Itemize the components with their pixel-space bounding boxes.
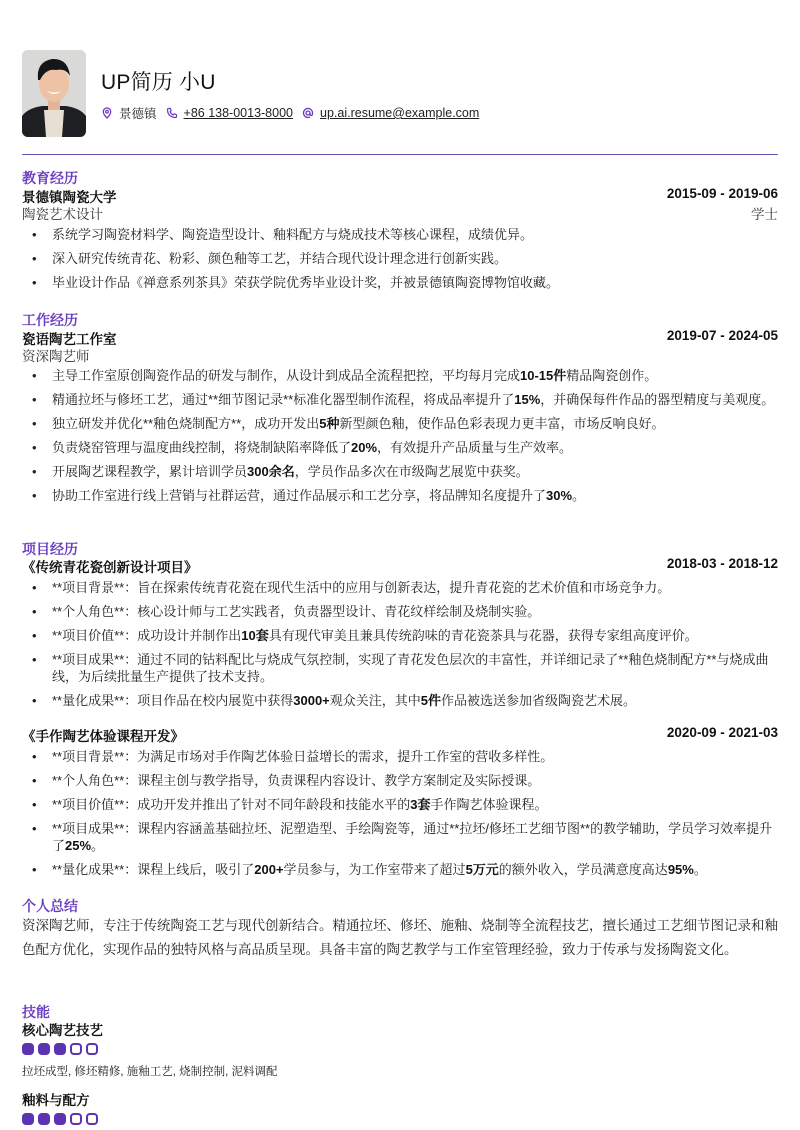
list-item: 毕业设计作品《禅意系列茶具》荣获学院优秀毕业设计奖，并被景德镇陶瓷博物馆收藏。	[22, 274, 778, 291]
location-pin-icon	[101, 107, 113, 119]
phone-icon	[166, 107, 178, 119]
list-item: 协助工作室进行线上营销与社群运营，通过作品展示和工艺分享，将品牌知名度提升了30…	[22, 487, 778, 504]
rating-dot-empty-icon	[70, 1113, 82, 1125]
list-item: **个人角色**：课程主创与教学指导，负责课程内容设计、教学方案制定及实际授课。	[22, 772, 778, 789]
project-name: 《传统青花瓷创新设计项目》	[22, 560, 198, 575]
list-item: **项目价值**：成功开发并推出了针对不同年龄段和技能水平的3套手作陶艺体验课程…	[22, 796, 778, 813]
major: 陶瓷艺术设计	[22, 207, 103, 222]
project-dates: 2020-09 - 2021-03	[667, 725, 778, 740]
rating-dot-filled-icon	[54, 1043, 66, 1055]
avatar-photo-icon	[22, 50, 86, 137]
rating-dot-filled-icon	[22, 1113, 34, 1125]
avatar	[22, 50, 86, 137]
rating-dot-empty-icon	[86, 1113, 98, 1125]
location-text: 景德镇	[119, 104, 157, 122]
list-item: 精通拉坯与修坯工艺，通过**细节图记录**标准化器型制作流程，将成品率提升了15…	[22, 391, 778, 408]
skill-level-rating	[22, 1043, 102, 1055]
at-sign-icon	[302, 107, 314, 119]
work-entry-sub: 资深陶艺师	[22, 345, 778, 365]
list-item: 主导工作室原创陶瓷作品的研发与制作，从设计到成品全流程把控，平均每月完成10-1…	[22, 367, 778, 384]
header-divider	[22, 154, 778, 155]
list-item: **项目成果**：通过不同的钴料配比与烧成气氛控制，实现了青花发色层次的丰富性，…	[22, 651, 778, 685]
work-bullets: 主导工作室原创陶瓷作品的研发与制作，从设计到成品全流程把控，平均每月完成10-1…	[22, 367, 778, 511]
rating-dot-empty-icon	[70, 1043, 82, 1055]
project-dates: 2018-03 - 2018-12	[667, 556, 778, 571]
skill-level-rating	[22, 1113, 102, 1125]
contact-info: 景德镇 +86 138-0013-8000 up.ai.resume@examp…	[101, 104, 488, 122]
degree: 学士	[751, 203, 778, 223]
email-link[interactable]: up.ai.resume@example.com	[320, 106, 479, 120]
list-item: **量化成果**：课程上线后，吸引了200+学员参与，为工作室带来了超过5万元的…	[22, 861, 778, 878]
project-bullets: **项目背景**：为满足市场对手作陶艺体验日益增长的需求，提升工作室的营收多样性…	[22, 748, 778, 885]
list-item: 深入研究传统青花、粉彩、颜色釉等工艺，并结合现代设计理念进行创新实践。	[22, 250, 778, 267]
education-dates: 2015-09 - 2019-06	[667, 186, 778, 201]
skill-name: 核心陶艺技艺	[22, 1019, 103, 1039]
list-item: **量化成果**：项目作品在校内展览中获得3000+观众关注，其中5件作品被选送…	[22, 692, 778, 709]
summary-text: 资深陶艺师，专注于传统陶瓷工艺与现代创新结合。精通拉坯、修坯、施釉、烧制等全流程…	[22, 914, 778, 961]
project-entry-header: 《传统青花瓷创新设计项目》 2018-03 - 2018-12	[22, 556, 778, 576]
section-title-work: 工作经历	[22, 310, 78, 330]
list-item: **项目背景**：旨在探索传统青花瓷在现代生活中的应用与创新表达，提升青花瓷的艺…	[22, 579, 778, 596]
rating-dot-filled-icon	[38, 1043, 50, 1055]
project-entry-header: 《手作陶艺体验课程开发》 2020-09 - 2021-03	[22, 725, 778, 745]
skill-keywords: 拉坯成型, 修坯精修, 施釉工艺, 烧制控制, 泥料调配	[22, 1063, 278, 1079]
list-item: 系统学习陶瓷材料学、陶瓷造型设计、釉料配方与烧成技术等核心课程，成绩优异。	[22, 226, 778, 243]
contact-location: 景德镇	[101, 104, 157, 122]
rating-dot-filled-icon	[54, 1113, 66, 1125]
section-title-education: 教育经历	[22, 168, 78, 188]
list-item: **项目成果**：课程内容涵盖基础拉坯、泥塑造型、手绘陶瓷等，通过**拉坯/修坯…	[22, 820, 778, 854]
education-bullets: 系统学习陶瓷材料学、陶瓷造型设计、釉料配方与烧成技术等核心课程，成绩优异。 深入…	[22, 226, 778, 298]
education-entry-sub: 陶瓷艺术设计 学士	[22, 203, 778, 223]
rating-dot-filled-icon	[22, 1043, 34, 1055]
list-item: **项目背景**：为满足市场对手作陶艺体验日益增长的需求，提升工作室的营收多样性…	[22, 748, 778, 765]
contact-phone: +86 138-0013-8000	[166, 106, 293, 120]
list-item: 独立研发并优化**釉色烧制配方**，成功开发出5种新型颜色釉，使作品色彩表现力更…	[22, 415, 778, 432]
resume-header: UP简历 小U 景德镇 +86 138-0013-8000	[22, 50, 778, 137]
job-title: 资深陶艺师	[22, 349, 90, 364]
rating-dot-filled-icon	[38, 1113, 50, 1125]
project-bullets: **项目背景**：旨在探索传统青花瓷在现代生活中的应用与创新表达，提升青花瓷的艺…	[22, 579, 778, 716]
project-name: 《手作陶艺体验课程开发》	[22, 729, 184, 744]
contact-email: up.ai.resume@example.com	[302, 106, 479, 120]
list-item: 开展陶艺课程教学，累计培训学员300余名，学员作品多次在市级陶艺展览中获奖。	[22, 463, 778, 480]
phone-link[interactable]: +86 138-0013-8000	[184, 106, 293, 120]
rating-dot-empty-icon	[86, 1043, 98, 1055]
work-dates: 2019-07 - 2024-05	[667, 328, 778, 343]
list-item: **个人角色**：核心设计师与工艺实践者，负责器型设计、青花纹样绘制及烧制实验。	[22, 603, 778, 620]
section-title-summary: 个人总结	[22, 896, 78, 916]
list-item: 负责烧窑管理与温度曲线控制，将烧制缺陷率降低了20%，有效提升产品质量与生产效率…	[22, 439, 778, 456]
candidate-name: UP简历 小U	[101, 66, 216, 96]
list-item: **项目价值**：成功设计并制作出10套具有现代审美且兼具传统韵味的青花瓷茶具与…	[22, 627, 778, 644]
skill-name: 釉料与配方	[22, 1089, 90, 1109]
